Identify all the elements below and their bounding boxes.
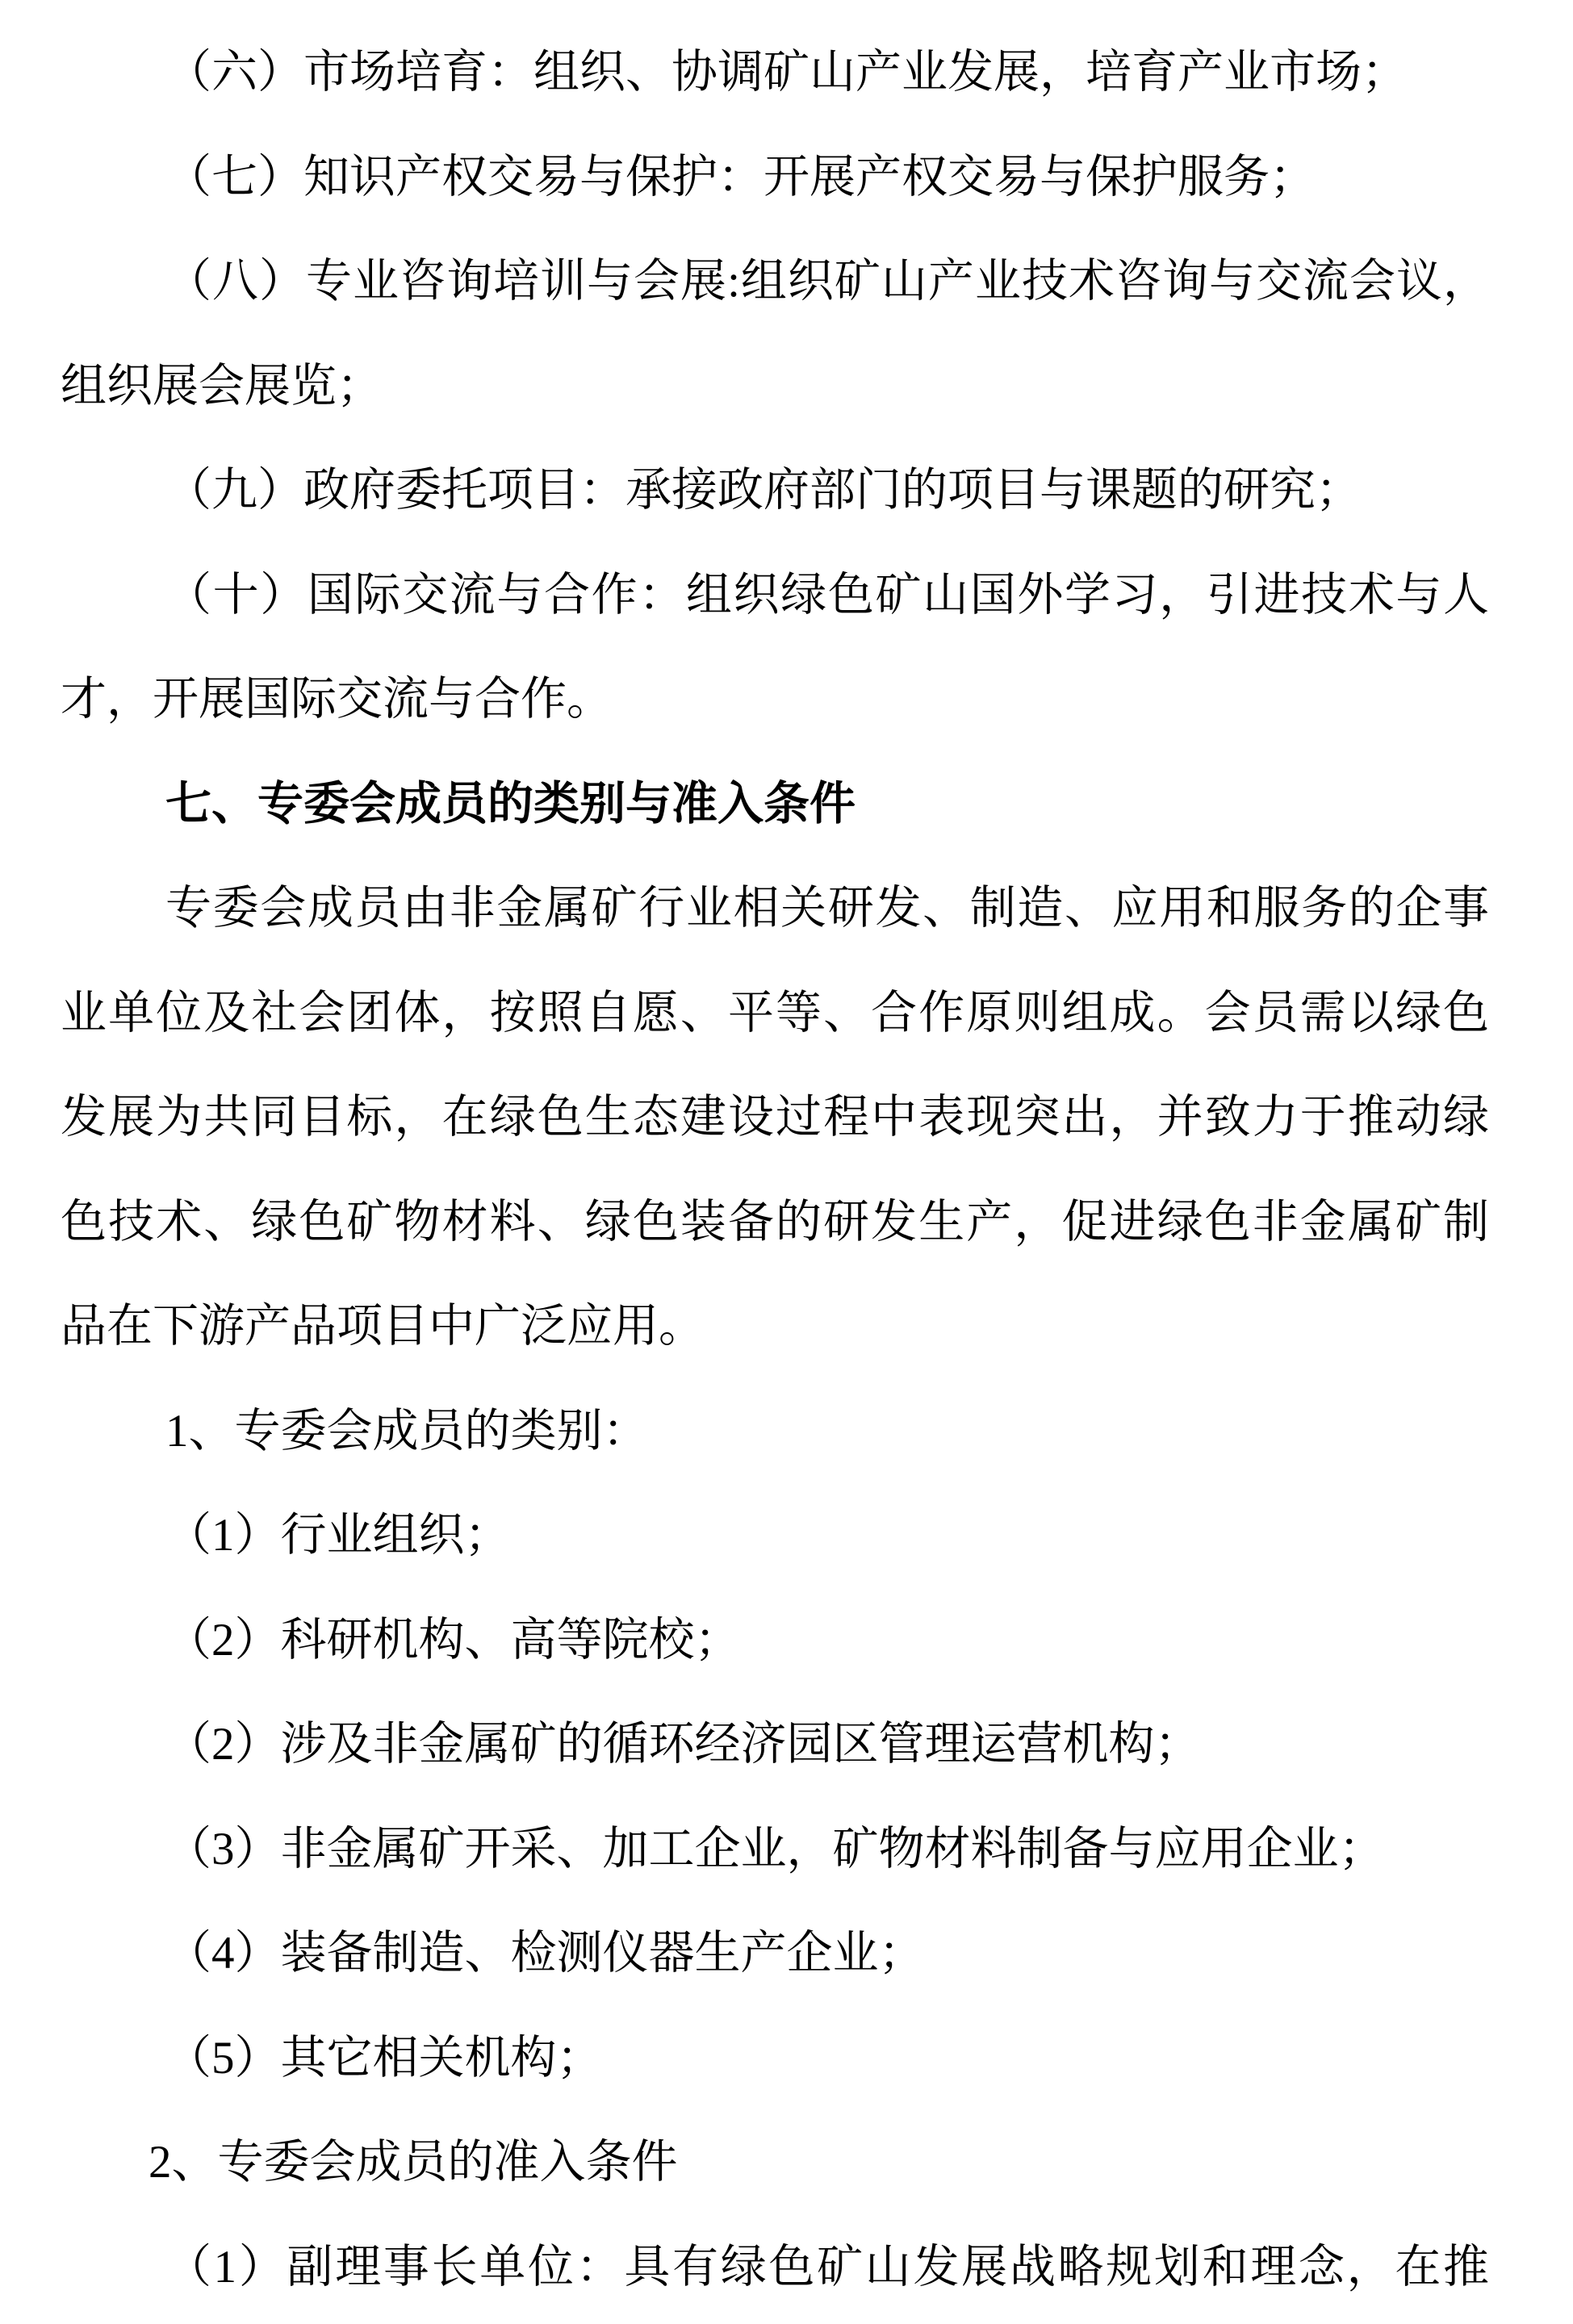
text-line: （2）科研机构、高等院校； [61, 1588, 1489, 1693]
text-line: 色技术、绿色矿物材料、绿色装备的研发生产，促进绿色非金属矿制 [61, 1170, 1489, 1275]
text-line: （4）装备制造、检测仪器生产企业； [61, 1901, 1489, 2006]
text-line: 组织展会展览； [61, 334, 1489, 439]
text-line: （九）政府委托项目：承接政府部门的项目与课题的研究； [61, 438, 1489, 543]
text-line: 才，开展国际交流与合作。 [61, 647, 1489, 752]
text-line: 业单位及社会团体，按照自愿、平等、合作原则组成。会员需以绿色 [61, 961, 1489, 1066]
text-line: （2）涉及非金属矿的循环经济园区管理运营机构； [61, 1692, 1489, 1797]
document-page: （六）市场培育：组织、协调矿山产业发展，培育产业市场；（七）知识产权交易与保护：… [0, 0, 1573, 2324]
text-line: （十）国际交流与合作：组织绿色矿山国外学习，引进技术与人 [61, 543, 1489, 648]
text-line: 品在下游产品项目中广泛应用。 [61, 1274, 1489, 1379]
text-line: （5）其它相关机构； [61, 2006, 1489, 2111]
text-line: （3）非金属矿开采、加工企业，矿物材料制备与应用企业； [61, 1797, 1489, 1902]
text-line: （七）知识产权交易与保护：开展产权交易与保护服务； [61, 125, 1489, 230]
text-line: （八）专业咨询培训与会展:组织矿山产业技术咨询与交流会议， [61, 229, 1489, 334]
text-line: （六）市场培育：组织、协调矿山产业发展，培育产业市场； [61, 20, 1489, 125]
document-body: （六）市场培育：组织、协调矿山产业发展，培育产业市场；（七）知识产权交易与保护：… [61, 20, 1489, 2319]
text-line: 专委会成员由非金属矿行业相关研发、制造、应用和服务的企事 [61, 856, 1489, 961]
text-line: （1）行业组织； [61, 1483, 1489, 1588]
text-line: 2、专委会成员的准入条件 [61, 2110, 1489, 2215]
text-line: 发展为共同目标，在绿色生态建设过程中表现突出，并致力于推动绿 [61, 1065, 1489, 1170]
section-heading: 七、专委会成员的类别与准入条件 [61, 752, 1489, 857]
text-line: 1、专委会成员的类别： [61, 1379, 1489, 1484]
text-line: （1）副理事长单位：具有绿色矿山发展战略规划和理念，在推 [61, 2215, 1489, 2320]
